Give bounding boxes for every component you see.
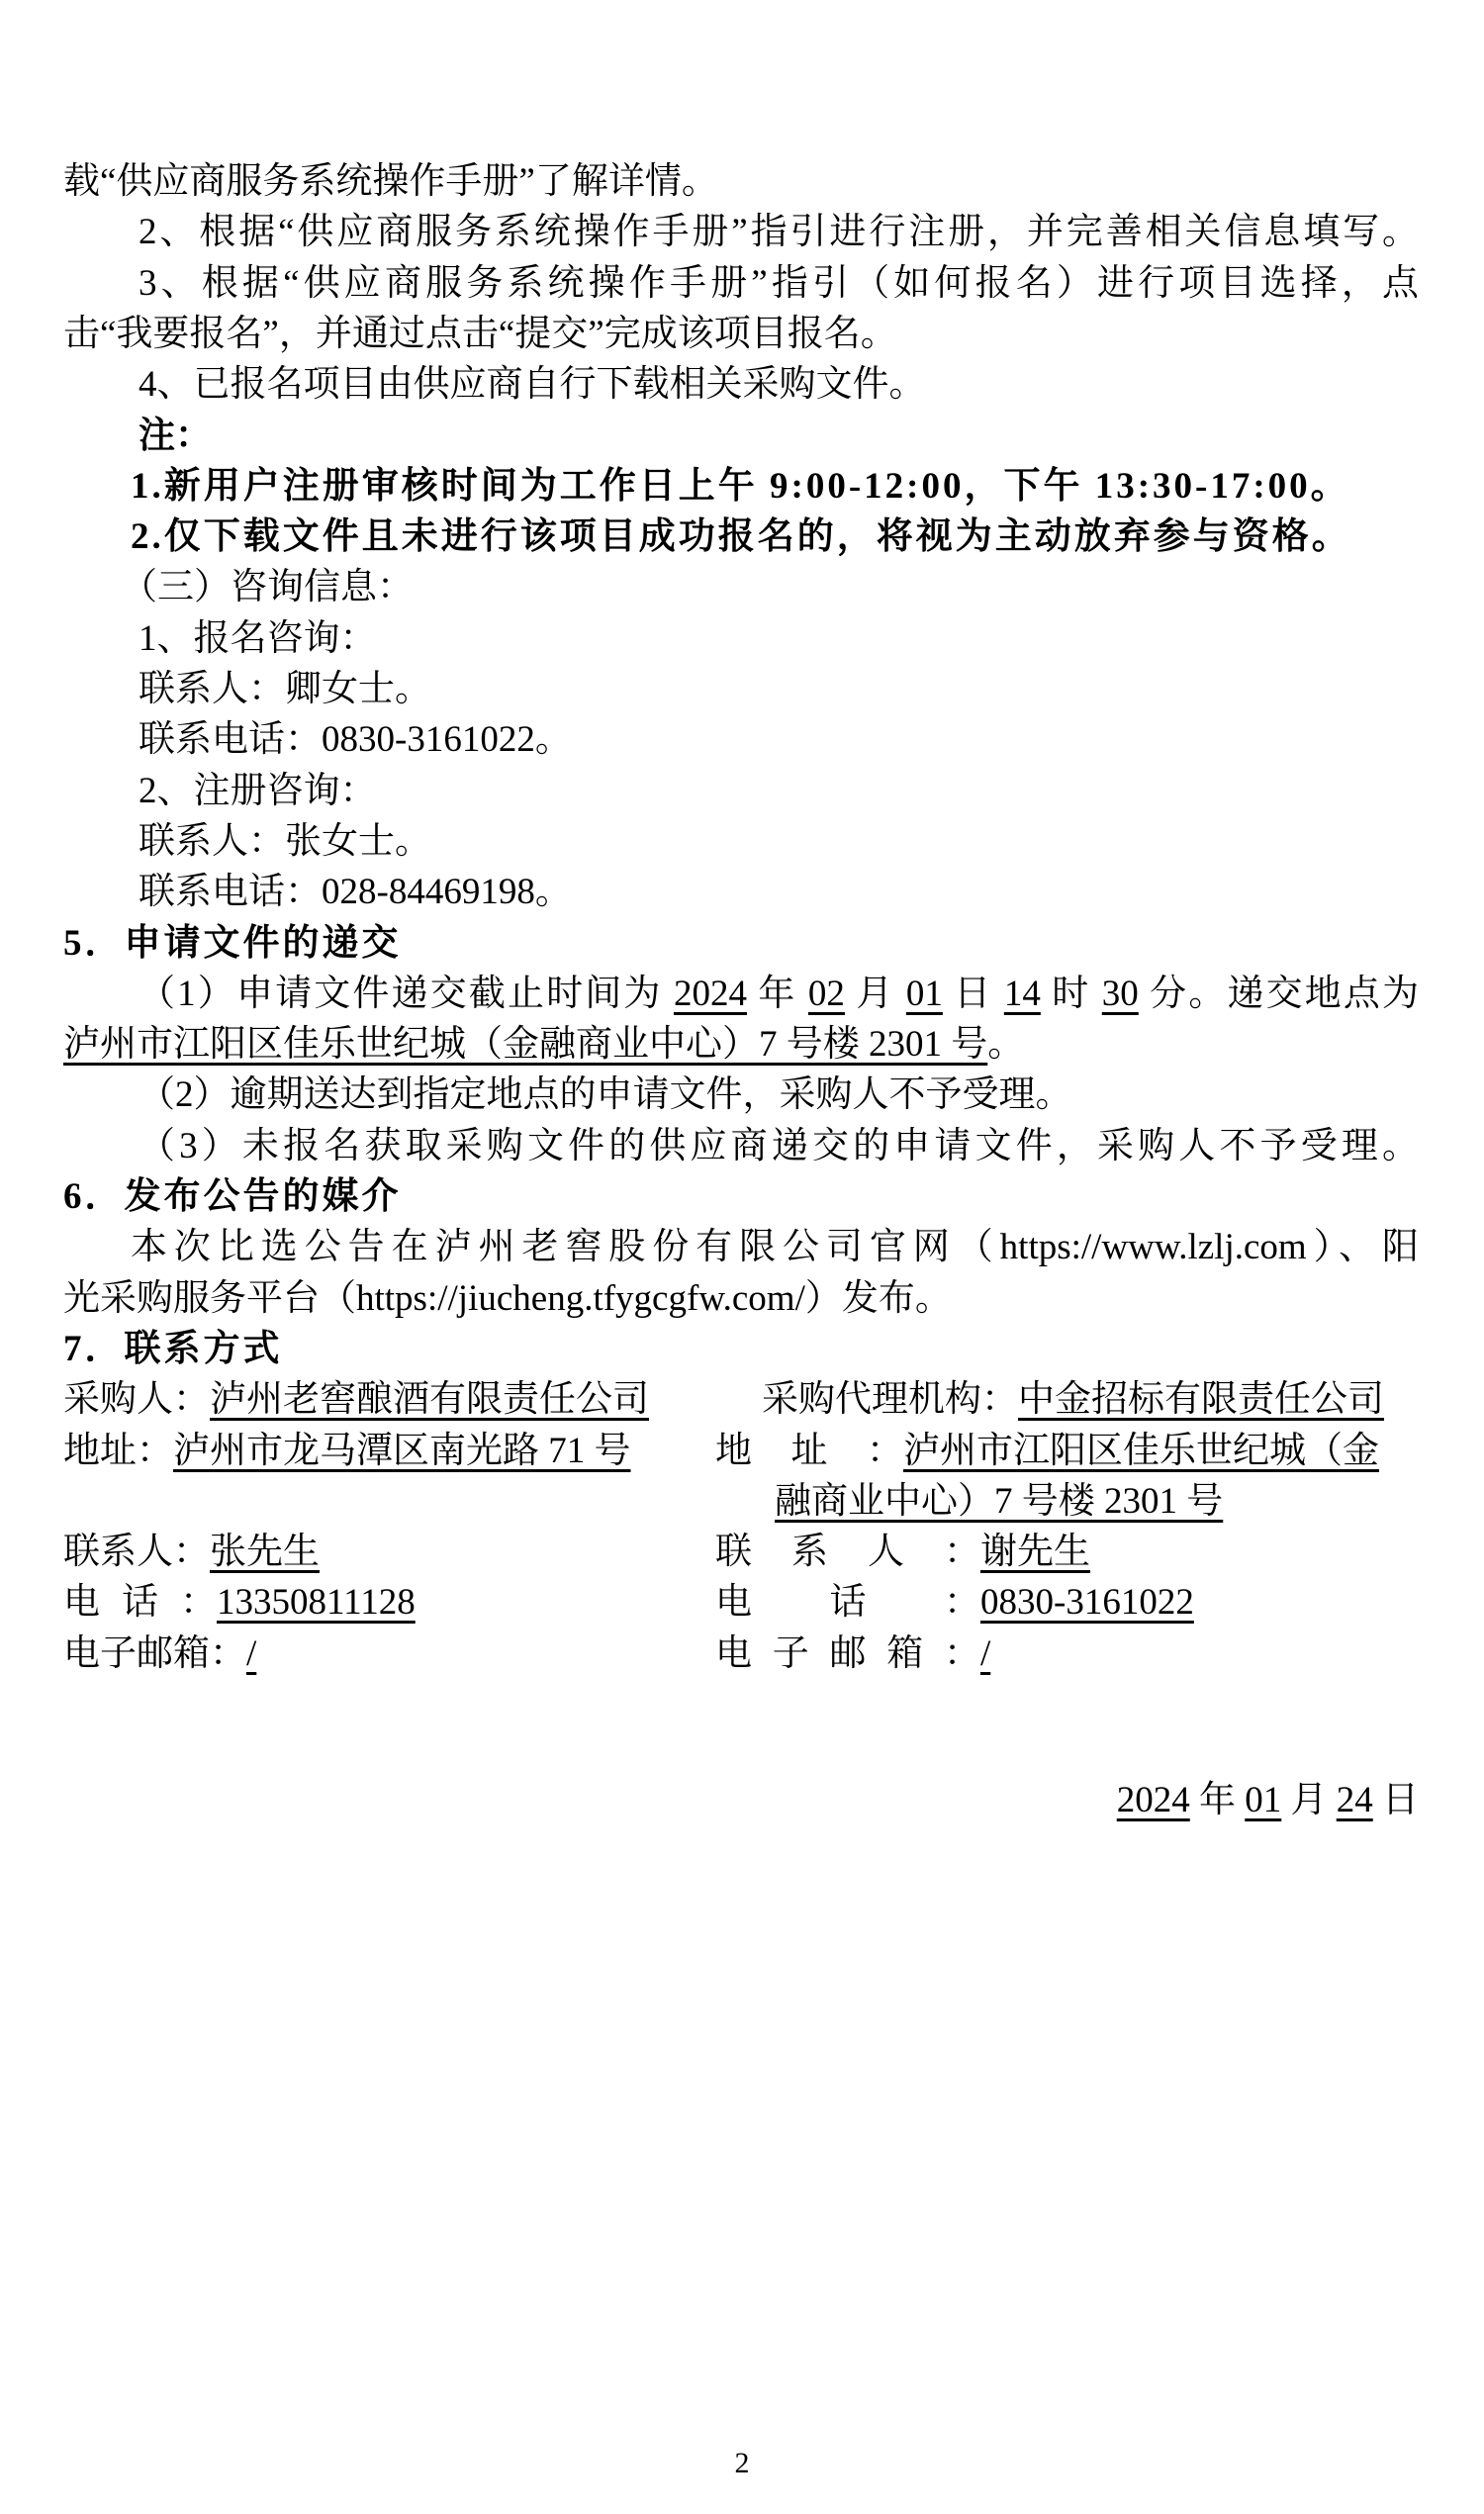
text-segment: 日 (1373, 1780, 1419, 1820)
text-line: （2）逾期送达到指定地点的申请文件，采购人不予受理。 (63, 1070, 1419, 1121)
text-line: 击“我要报名”，并通过点击“提交”完成该项目报名。 (63, 309, 1419, 360)
text-segment: 采购人： (63, 1379, 210, 1420)
text-line: 4、已报名项目由供应商自行下载相关采购文件。 (63, 359, 1419, 411)
text-line: 2、注册咨询： (63, 766, 1419, 817)
text-segment: 注： (139, 416, 212, 456)
contact-row: 联系人：张先生联系人：谢先生 (63, 1527, 1419, 1578)
contact-col-left: 采购人：泸州老窖酿酒有限责任公司 (63, 1374, 649, 1426)
text-segment: 电子邮箱： (715, 1629, 980, 1680)
contact-col-left: 电话：13350811128 (63, 1577, 416, 1629)
contact-row: 电话：13350811128电话：0830-3161022 (63, 1577, 1419, 1629)
underlined-text: 30 (1102, 974, 1139, 1014)
section-heading: 7．联系方式 (63, 1324, 1419, 1375)
underlined-text: 谢先生 (980, 1532, 1090, 1572)
text-line: 3、根据“供应商服务系统操作手册”指引（如何报名）进行项目选择，点 (63, 258, 1419, 310)
text-segment: 2.仅下载文件且未进行该项目成功报名的，将视为主动放弃参与资格。 (131, 516, 1351, 557)
text-line: 2、根据“供应商服务系统操作手册”指引进行注册，并完善相关信息填写。 (63, 207, 1419, 258)
text-segment: 电子邮箱： (63, 1633, 246, 1674)
text-line: （3）未报名获取采购文件的供应商递交的申请文件，采购人不予受理。 (63, 1121, 1419, 1172)
note-line: 1.新用户注册审核时间为工作日上午 9:00-12:00，下午 13:30-17… (63, 461, 1419, 512)
underlined-text: 13350811128 (217, 1582, 416, 1623)
document-page: 载“供应商服务系统操作手册”了解详情。2、根据“供应商服务系统操作手册”指引进行… (0, 0, 1484, 2514)
contact-col-right: 电话：0830-3161022 (715, 1577, 1194, 1629)
section-heading: 5．申请文件的递交 (63, 918, 1419, 970)
text-segment: 地址： (63, 1431, 173, 1471)
text-segment: 光采购服务平台（https://jiucheng.tfygcgfw.com/）发… (63, 1278, 952, 1319)
text-segment: 日 (943, 974, 1004, 1014)
underlined-text: 02 (808, 974, 845, 1014)
text-segment: 月 (845, 974, 906, 1014)
underlined-text: 中金招标有限责任公司 (1018, 1379, 1384, 1420)
text-segment: 2、根据“供应商服务系统操作手册”指引进行注册，并完善相关信息填写。 (139, 212, 1419, 252)
text-segment: 联系电话：0830-3161022。 (139, 719, 572, 760)
text-segment: 7．联系方式 (63, 1329, 283, 1369)
contact-col-right: 联系人：谢先生 (715, 1527, 1090, 1578)
underlined-text: / (980, 1633, 990, 1674)
text-line: 泸州市江阳区佳乐世纪城（金融商业中心）7 号楼 2301 号。 (63, 1019, 1419, 1071)
text-segment: 6．发布公告的媒介 (63, 1176, 402, 1217)
underlined-text: 14 (1004, 974, 1041, 1014)
underlined-text: 融商业中心）7 号楼 2301 号 (775, 1481, 1223, 1522)
text-segment: 联系人： (715, 1527, 980, 1578)
text-segment: 5．申请文件的递交 (63, 923, 402, 964)
text-segment: 地址： (715, 1426, 903, 1477)
text-segment: 4、已报名项目由供应商自行下载相关采购文件。 (139, 364, 926, 405)
text-segment: 时 (1041, 974, 1102, 1014)
underlined-text: 泸州市江阳区佳乐世纪城（金融商业中心）7 号楼 2301 号 (63, 1024, 987, 1065)
text-segment: 电话： (63, 1577, 217, 1629)
underlined-text: 2024 (1117, 1780, 1190, 1820)
text-segment: 联系电话：028-84469198。 (139, 872, 572, 912)
section-heading: 6．发布公告的媒介 (63, 1171, 1419, 1223)
underlined-text: 01 (906, 974, 943, 1014)
text-line: 联系电话：028-84469198。 (63, 867, 1419, 918)
text-line: 1、报名咨询： (63, 613, 1419, 665)
page-number: 2 (0, 2446, 1484, 2481)
text-segment: 年 (1190, 1780, 1246, 1820)
contact-col-right: 电子邮箱：/ (715, 1629, 990, 1680)
underlined-text: 24 (1337, 1780, 1373, 1820)
contact-col-right: 地址：泸州市江阳区佳乐世纪城（金 (715, 1426, 1379, 1477)
text-segment: 联系人：张女士。 (139, 821, 431, 862)
text-segment: （1）申请文件递交截止时间为 (139, 974, 674, 1014)
text-segment: 1.新用户注册审核时间为工作日上午 9:00-12:00，下午 13:30-17… (131, 466, 1350, 507)
text-segment: 联系人：卿女士。 (139, 669, 431, 709)
contact-col-left: 电子邮箱：/ (63, 1629, 256, 1680)
underlined-text: 0830-3161022 (980, 1582, 1194, 1623)
contact-row: 采购人：泸州老窖酿酒有限责任公司采购代理机构：中金招标有限责任公司 (63, 1374, 1419, 1426)
text-line: （1）申请文件递交截止时间为 2024 年 02 月 01 日 14 时 30 … (63, 969, 1419, 1020)
text-segment: 。 (987, 1024, 1024, 1065)
text-segment: 电话： (715, 1577, 980, 1629)
text-line: 载“供应商服务系统操作手册”了解详情。 (63, 156, 1419, 208)
text-segment: 本次比选公告在泸州老窖股份有限公司官网（https://www.lzlj.com… (131, 1227, 1419, 1267)
note-heading: 注： (63, 411, 1419, 462)
text-segment: （3）未报名获取采购文件的供应商递交的申请文件，采购人不予受理。 (139, 1126, 1419, 1166)
text-segment: 分。递交地点为 (1139, 974, 1419, 1014)
underlined-text: / (246, 1633, 256, 1674)
text-line: 联系人：卿女士。 (63, 664, 1419, 715)
text-segment: 载“供应商服务系统操作手册”了解详情。 (63, 161, 718, 202)
text-segment: 2、注册咨询： (139, 771, 377, 811)
note-line: 2.仅下载文件且未进行该项目成功报名的，将视为主动放弃参与资格。 (63, 512, 1419, 563)
text-segment: 击“我要报名”，并通过点击“提交”完成该项目报名。 (63, 314, 897, 354)
text-segment: 月 (1281, 1780, 1337, 1820)
underlined-text: 泸州市江阳区佳乐世纪城（金 (903, 1431, 1379, 1471)
subsection-heading: （三）咨询信息： (63, 562, 1419, 613)
contact-col-left: 联系人：张先生 (63, 1527, 320, 1578)
underlined-text: 张先生 (210, 1532, 320, 1572)
text-segment: 年 (747, 974, 808, 1014)
underlined-text: 01 (1245, 1780, 1281, 1820)
underlined-text: 泸州市龙马潭区南光路 71 号 (173, 1431, 631, 1471)
text-segment: 1、报名咨询： (139, 618, 377, 659)
text-line: 光采购服务平台（https://jiucheng.tfygcgfw.com/）发… (63, 1273, 1419, 1325)
contact-col-right: 融商业中心）7 号楼 2301 号 (775, 1476, 1223, 1528)
text-line: 本次比选公告在泸州老窖股份有限公司官网（https://www.lzlj.com… (63, 1222, 1419, 1273)
contact-row: 电子邮箱：/电子邮箱：/ (63, 1629, 1419, 1680)
text-segment: （2）逾期送达到指定地点的申请文件，采购人不予受理。 (139, 1074, 1072, 1115)
contact-col-left: 地址：泸州市龙马潭区南光路 71 号 (63, 1426, 631, 1477)
text-segment: 采购代理机构： (762, 1379, 1018, 1420)
underlined-text: 泸州老窖酿酒有限责任公司 (210, 1379, 649, 1420)
text-line: 联系电话：0830-3161022。 (63, 714, 1419, 766)
text-segment: （三）咨询信息： (121, 567, 414, 607)
contact-row: 地址：泸州市龙马潭区南光路 71 号地址：泸州市江阳区佳乐世纪城（金 (63, 1426, 1419, 1477)
text-line: 联系人：张女士。 (63, 816, 1419, 868)
text-segment: 3、根据“供应商服务系统操作手册”指引（如何报名）进行项目选择，点 (139, 263, 1419, 304)
contact-row: 融商业中心）7 号楼 2301 号 (63, 1476, 1419, 1528)
text-segment: 联系人： (63, 1532, 210, 1572)
date-line: 2024 年 01 月 24 日 (63, 1775, 1423, 1826)
underlined-text: 2024 (674, 974, 747, 1014)
contact-col-right: 采购代理机构：中金招标有限责任公司 (762, 1374, 1384, 1426)
